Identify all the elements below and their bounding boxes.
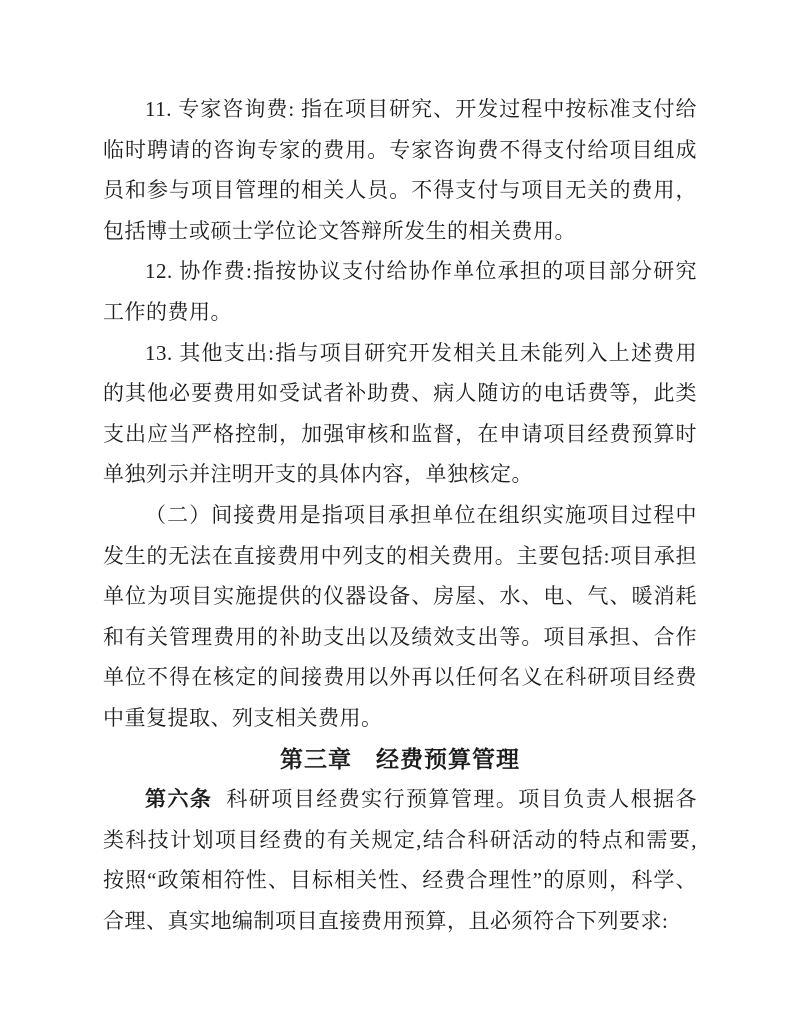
paragraph-line: 工作的费用。 (103, 292, 697, 333)
paragraph-line: 临时聘请的咨询专家的费用。专家咨询费不得支付给项目组成 (103, 130, 697, 171)
paragraph-line: 13. 其他支出:指与项目研究开发相关且未能列入上述费用 (103, 333, 697, 374)
paragraph-line: 11. 专家咨询费: 指在项目研究、开发过程中按标准支付给 (103, 89, 697, 130)
paragraph-line: 类科技计划项目经费的有关规定,结合科研活动的特点和需要, (103, 820, 697, 861)
paragraph-line: 和有关管理费用的补助支出以及绩效支出等。项目承担、合作 (103, 617, 697, 658)
document-page: 11. 专家咨询费: 指在项目研究、开发过程中按标准支付给 临时聘请的咨询专家的… (0, 0, 799, 1035)
chapter-heading: 第三章 经费预算管理 (103, 739, 697, 780)
paragraph-line: 包括博士或硕士学位论文答辩所发生的相关费用。 (103, 211, 697, 252)
paragraph-line: 12. 协作费:指按协议支付给协作单位承担的项目部分研究 (103, 251, 697, 292)
paragraph-line: 发生的无法在直接费用中列支的相关费用。主要包括:项目承担 (103, 536, 697, 577)
paragraph-line: 单位为项目实施提供的仪器设备、房屋、水、电、气、暖消耗 (103, 576, 697, 617)
paragraph-line: 单独列示并注明开支的具体内容，单独核定。 (103, 454, 697, 495)
paragraph-line: （二）间接费用是指项目承担单位在组织实施项目过程中 (103, 495, 697, 536)
paragraph-line: 按照“政策相符性、目标相关性、经费合理性”的原则，科学、 (103, 860, 697, 901)
paragraph-line: 第六条科研项目经费实行预算管理。项目负责人根据各 (103, 779, 697, 820)
article-number: 第六条 (145, 788, 212, 811)
text-block: 11. 专家咨询费: 指在项目研究、开发过程中按标准支付给 临时聘请的咨询专家的… (103, 89, 697, 941)
paragraph-line: 的其他必要费用如受试者补助费、病人随访的电话费等，此类 (103, 373, 697, 414)
paragraph-line: 支出应当严格控制，加强审核和监督，在申请项目经费预算时 (103, 414, 697, 455)
article-text: 科研项目经费实行预算管理。项目负责人根据各 (226, 787, 697, 811)
paragraph-line: 中重复提取、列支相关费用。 (103, 698, 697, 739)
paragraph-line: 员和参与项目管理的相关人员。不得支付与项目无关的费用， (103, 170, 697, 211)
paragraph-line: 合理、真实地编制项目直接费用预算，且必须符合下列要求: (103, 901, 697, 942)
paragraph-line: 单位不得在核定的间接费用以外再以任何名义在科研项目经费 (103, 657, 697, 698)
